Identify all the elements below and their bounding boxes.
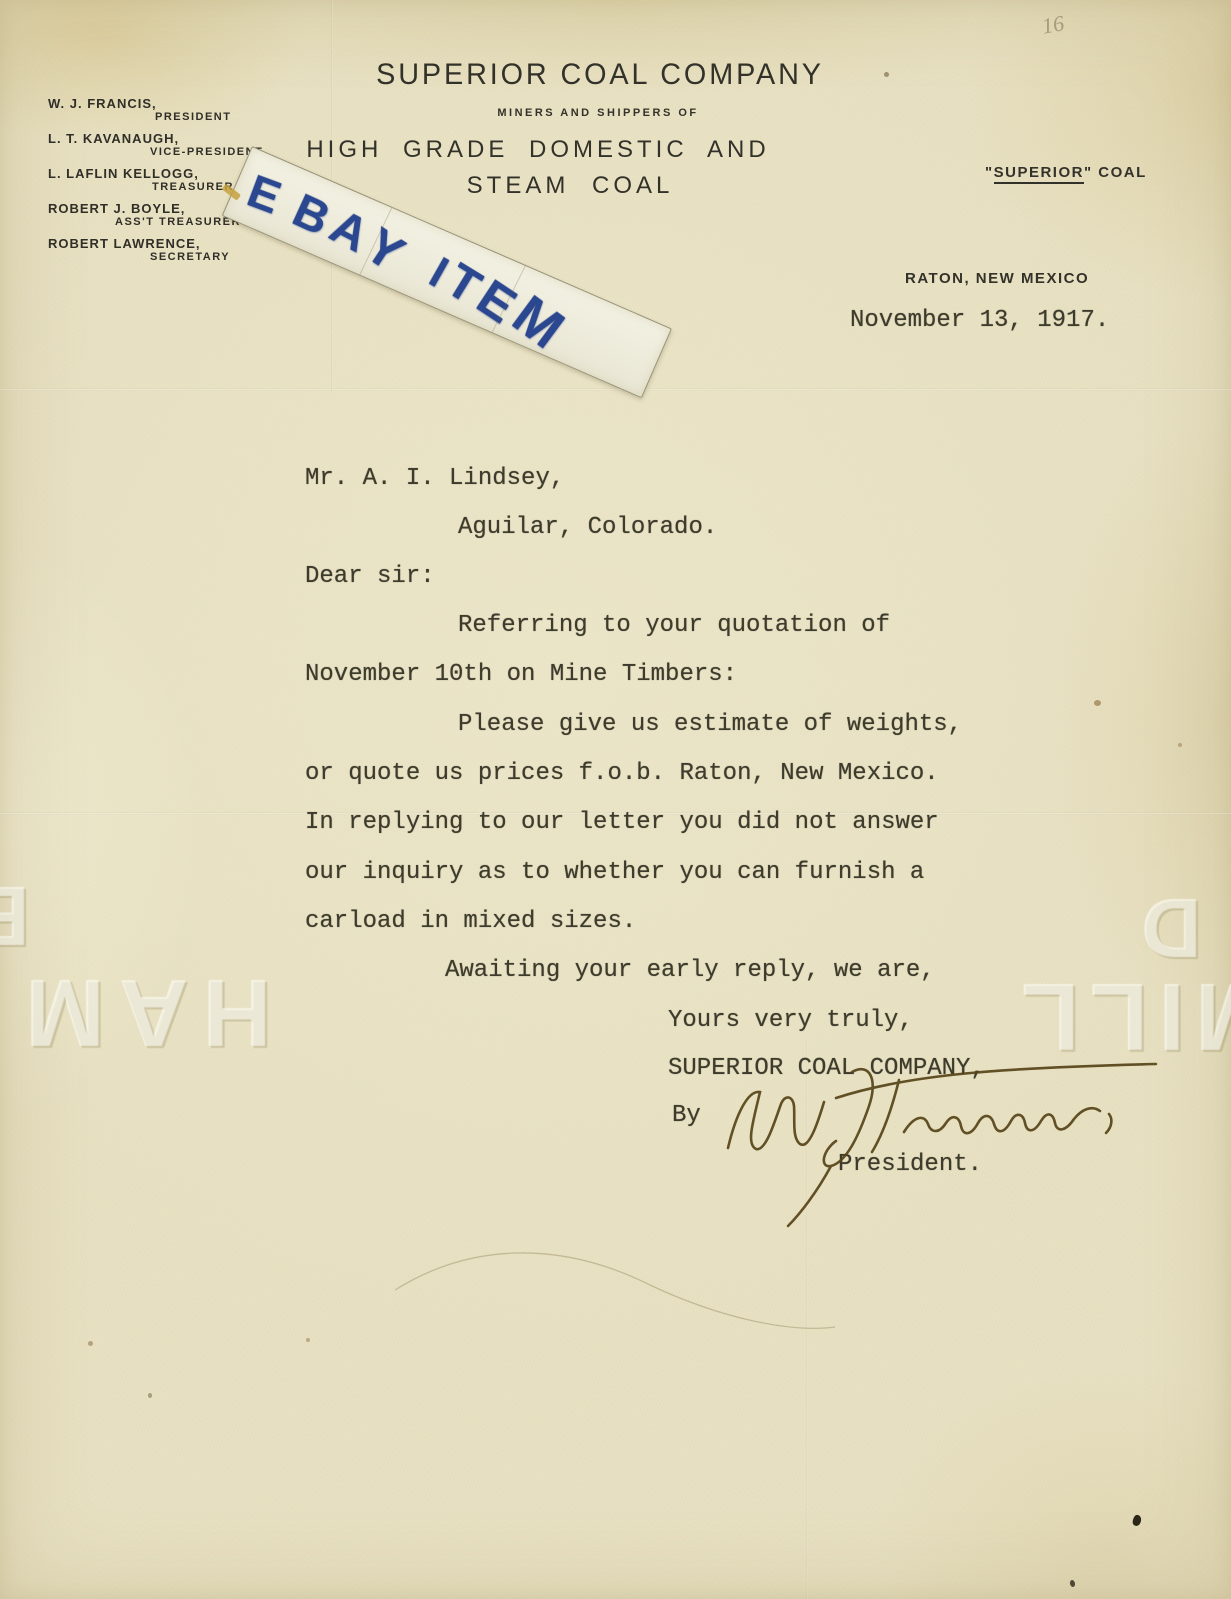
- ink-speck: [1131, 1514, 1142, 1527]
- valediction: Yours very truly,: [668, 1008, 913, 1034]
- brand-open-quote: ": [985, 164, 994, 181]
- officer-name: L. T. KAVANAUGH,: [48, 132, 320, 146]
- body-line: November 10th on Mine Timbers:: [305, 662, 737, 688]
- closing-line: Awaiting your early reply, we are,: [445, 958, 935, 984]
- body-line: Please give us estimate of weights,: [458, 712, 962, 738]
- officer-entry: ROBERT LAWRENCE, SECRETARY: [48, 237, 320, 264]
- sticker-letter: E: [242, 167, 287, 221]
- officer-entry: W. J. FRANCIS, PRESIDENT: [48, 97, 320, 124]
- brand-mark: "SUPERIOR" COAL: [985, 164, 1147, 181]
- pencil-note: 16: [1040, 10, 1066, 39]
- paper-spot: [1094, 700, 1101, 706]
- pencil-scratch-mark: [0, 1215, 1231, 1375]
- product-line-1: HIGH GRADE DOMESTIC AND: [306, 136, 769, 164]
- horizontal-fold-crease: [0, 388, 1231, 391]
- recipient-address-line: Aguilar, Colorado.: [458, 515, 717, 541]
- paper-spot: [306, 1338, 310, 1342]
- company-location: RATON, NEW MEXICO: [905, 270, 1089, 287]
- product-line-2: STEAM COAL: [467, 172, 674, 200]
- vertical-fold-crease: [806, 1040, 808, 1599]
- ink-speck: [1069, 1579, 1076, 1587]
- officer-title: PRESIDENT: [155, 111, 320, 124]
- embossed-watermark-fragment: B: [0, 868, 31, 965]
- company-tagline: MINERS AND SHIPPERS OF: [497, 107, 698, 119]
- signer-title: President.: [838, 1152, 982, 1178]
- body-line: In replying to our letter you did not an…: [305, 810, 939, 836]
- brand-rest: COAL: [1093, 164, 1147, 181]
- letter-date: November 13, 1917.: [850, 308, 1109, 334]
- scanned-letter-page: B HAM D MILL SUPERIOR COAL COMPANY MINER…: [0, 0, 1231, 1599]
- company-signature-line: SUPERIOR COAL COMPANY,: [668, 1056, 985, 1082]
- body-line: Referring to your quotation of: [458, 613, 890, 639]
- officer-entry: L. T. KAVANAUGH, VICE-PRESIDENT: [48, 132, 320, 159]
- embossed-watermark-fragment: HAM: [12, 958, 273, 1068]
- officer-title: VICE-PRESIDENT: [150, 146, 320, 159]
- body-line: or quote us prices f.o.b. Raton, New Mex…: [305, 761, 939, 787]
- by-line: By: [672, 1103, 701, 1129]
- brand-close-quote: ": [1084, 164, 1093, 181]
- brand-underlined-word: SUPERIOR: [994, 164, 1084, 184]
- company-name: SUPERIOR COAL COMPANY: [376, 58, 824, 92]
- paper-spot: [88, 1341, 93, 1346]
- officer-name: W. J. FRANCIS,: [48, 97, 320, 111]
- body-line: carload in mixed sizes.: [305, 909, 636, 935]
- embossed-watermark-fragment: MILL: [1012, 962, 1231, 1072]
- salutation: Dear sir:: [305, 564, 435, 590]
- paper-spot: [148, 1393, 152, 1398]
- recipient-name-line: Mr. A. I. Lindsey,: [305, 466, 564, 492]
- paper-spot: [884, 72, 889, 77]
- officer-title: SECRETARY: [150, 251, 320, 264]
- body-line: our inquiry as to whether you can furnis…: [305, 860, 924, 886]
- paper-spot: [1178, 743, 1182, 747]
